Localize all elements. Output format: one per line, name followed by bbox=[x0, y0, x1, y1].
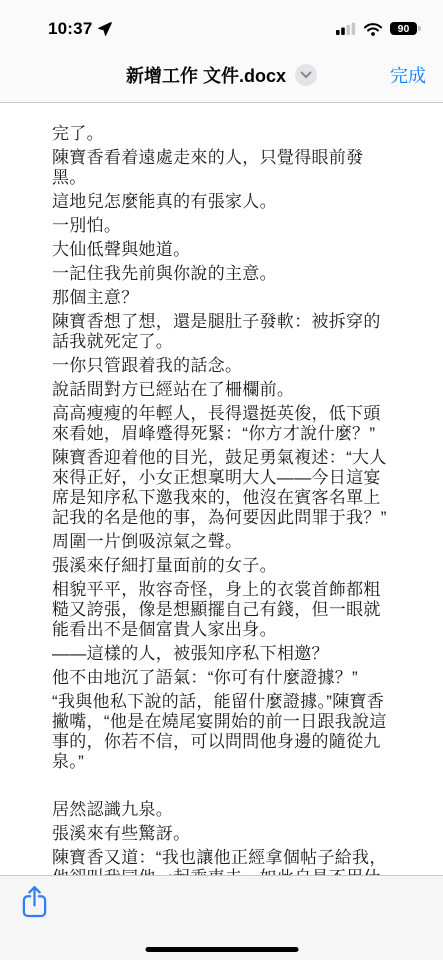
paragraph: ——這樣的人，被張知序私下相邀？ bbox=[52, 644, 391, 664]
clock: 10:37 bbox=[48, 19, 92, 39]
paragraph: 這地兒怎麼能真的有張家人。 bbox=[52, 192, 391, 212]
document-title-group: 新增工作 文件.docx bbox=[126, 62, 317, 88]
paragraph: 周圍一片倒吸涼氣之聲。 bbox=[52, 532, 391, 552]
battery-icon: 90 bbox=[390, 22, 417, 36]
status-bar: 10:37 bbox=[0, 0, 443, 47]
status-right: 90 bbox=[336, 22, 417, 36]
done-button[interactable]: 完成 bbox=[390, 62, 426, 88]
location-arrow-icon bbox=[97, 21, 112, 36]
document-body[interactable]: 完了。陳寶香看着遠處走來的人，只覺得眼前發黑。這地兒怎麼能真的有張家人。一別怕。… bbox=[0, 103, 443, 875]
document-menu-button[interactable] bbox=[295, 64, 317, 86]
paragraph: 一你只管跟着我的話念。 bbox=[52, 356, 391, 376]
paragraph: 說話間對方已經站在了柵欄前。 bbox=[52, 380, 391, 400]
paragraph: 張溪來仔細打量面前的女子。 bbox=[52, 556, 391, 576]
battery-percent: 90 bbox=[398, 23, 410, 35]
paragraph: 完了。 bbox=[52, 124, 391, 144]
share-icon bbox=[20, 884, 49, 919]
paragraph: 大仙低聲與她道。 bbox=[52, 240, 391, 260]
paragraph: “我與他私下說的話，能留什麼證據。”陳寶香撇嘴，“他是在燒尾宴開始的前一日跟我說… bbox=[52, 692, 391, 772]
paragraph bbox=[52, 776, 391, 796]
home-indicator[interactable] bbox=[145, 947, 298, 952]
paragraph: 一記住我先前與你說的主意。 bbox=[52, 264, 391, 284]
share-button[interactable] bbox=[20, 884, 49, 919]
top-chrome: 10:37 bbox=[0, 0, 443, 103]
status-left: 10:37 bbox=[48, 19, 112, 39]
paragraph: 高高瘦瘦的年輕人，長得還挺英俊，低下頭來看她，眉峰蹙得死緊：“你方才說什麼？” bbox=[52, 404, 391, 444]
paragraph: 相貌平平，妝容奇怪，身上的衣裳首飾都粗糙又誇張，像是想顯擺自己有錢，但一眼就能看… bbox=[52, 580, 391, 640]
nav-bar: 新增工作 文件.docx 完成 bbox=[0, 47, 443, 102]
paragraph: 那個主意？ bbox=[52, 288, 391, 308]
paragraph: 陳寶香又道：“我也讓他正經拿個帖子給我，他卻叫我同他一起乘車去，如此自是不用什麼… bbox=[52, 848, 391, 875]
document-title: 新增工作 文件.docx bbox=[126, 62, 286, 88]
paragraph: 他不由地沉了語氣：“你可有什麼證據？” bbox=[52, 668, 391, 688]
phone-screen: 10:37 bbox=[0, 0, 443, 960]
wifi-icon bbox=[363, 22, 383, 36]
paragraph: 張溪來有些驚訝。 bbox=[52, 824, 391, 844]
cellular-signal-icon bbox=[336, 22, 356, 35]
chevron-down-icon bbox=[300, 71, 312, 79]
paragraph: 陳寶香想了想，還是腿肚子發軟：被拆穿的話我就死定了。 bbox=[52, 312, 391, 352]
paragraph: 居然認識九泉。 bbox=[52, 800, 391, 820]
paragraph: 陳寶香迎着他的目光，鼓足勇氣複述：“大人來得正好，小女正想稟明大人——今日這宴席… bbox=[52, 448, 391, 528]
paragraph: 陳寶香看着遠處走來的人，只覺得眼前發黑。 bbox=[52, 148, 391, 188]
paragraph: 一別怕。 bbox=[52, 216, 391, 236]
